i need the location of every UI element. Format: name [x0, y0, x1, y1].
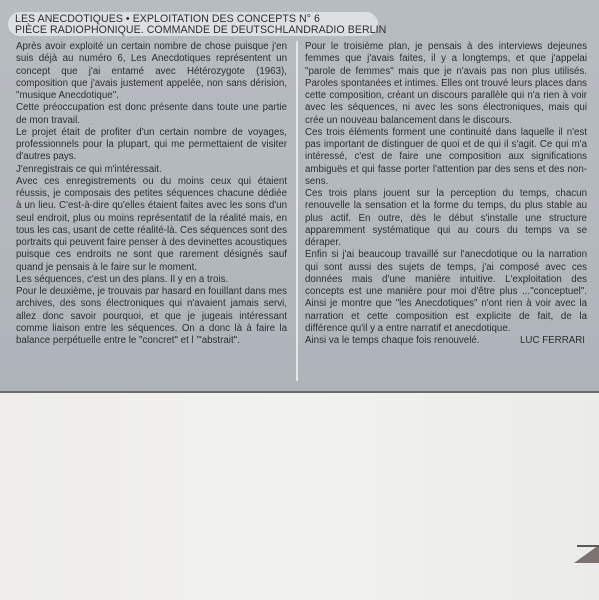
paragraph: Avec ces enregistrements ou du moins ceu…: [16, 176, 287, 274]
subtitle-line: PIÈCE RADIOPHONIQUE. COMMANDE DE DEUTSCH…: [15, 25, 378, 36]
right-column: Pour le troisième plan, je pensais à des…: [305, 41, 587, 347]
paragraph: Ces trois éléments forment une continuit…: [305, 127, 587, 188]
paragraph: Les séquences, c'est un des plans. Il y …: [16, 274, 287, 286]
paragraph: Ces trois plans jouent sur la perception…: [305, 188, 587, 249]
paragraph: J'enregistrais ce qui m'intéressait.: [16, 164, 287, 176]
card-corner-shadow: [574, 545, 599, 563]
closing-line: Ainsi va le temps chaque fois renouvelé.: [305, 335, 480, 347]
closing-row: Ainsi va le temps chaque fois renouvelé.…: [305, 335, 587, 347]
column-divider: [296, 41, 298, 381]
paragraph: Le projet était de profiter d'un certain…: [16, 127, 287, 164]
paragraph: Enfin si j'ai beaucoup travaillé sur l'a…: [305, 249, 587, 335]
signature: LUC FERRARI: [520, 335, 587, 347]
paragraph: Pour le deuxième, je trouvais par hasard…: [16, 286, 287, 347]
card-corner-edge: [577, 545, 599, 547]
paragraph: Après avoir exploité un certain nombre d…: [16, 41, 287, 102]
left-column: Après avoir exploité un certain nombre d…: [16, 41, 287, 347]
paragraph: Pour le troisième plan, je pensais à des…: [305, 41, 587, 127]
liner-notes-panel: LES ANECDOTIQUES • EXPLOITATION DES CONC…: [0, 0, 599, 393]
paragraph: Cette préoccupation est donc présente da…: [16, 102, 287, 127]
blank-card-area: [0, 393, 599, 600]
title-banner: LES ANECDOTIQUES • EXPLOITATION DES CONC…: [8, 12, 378, 36]
